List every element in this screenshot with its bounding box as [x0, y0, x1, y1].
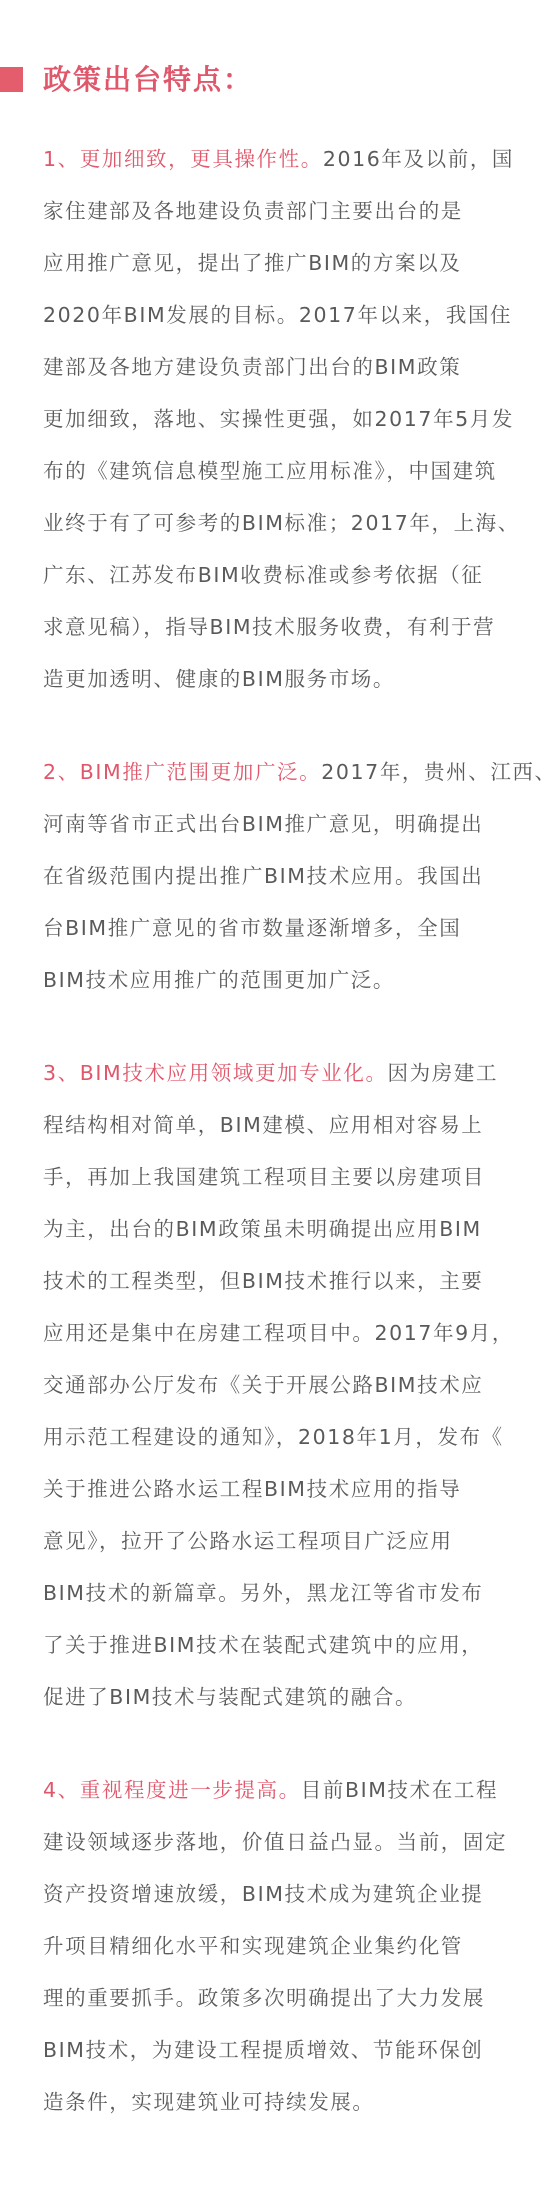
paragraph-3: 3、BIM技术应用领域更加专业化。因为房建工 程结构相对简单，BIM建模、应用相…	[43, 1047, 523, 1723]
paragraph-text: 因为房建工	[388, 1061, 499, 1085]
paragraph-line: 在省级范围内提出推广BIM技术应用。我国出	[43, 850, 523, 902]
paragraph-heading: 4、重视程度进一步提高。	[43, 1778, 301, 1802]
paragraph-line: 程结构相对简单，BIM建模、应用相对容易上	[43, 1099, 523, 1151]
paragraph-line: 为主，出台的BIM政策虽未明确提出应用BIM	[43, 1203, 523, 1255]
paragraph-line: 3、BIM技术应用领域更加专业化。因为房建工	[43, 1047, 523, 1099]
section-title-text: 政策出台特点：	[43, 62, 253, 98]
paragraph-line: 河南等省市正式出台BIM推广意见，明确提出	[43, 798, 523, 850]
paragraph-line: 1、更加细致，更具操作性。2016年及以前，国	[43, 133, 523, 185]
paragraph-line: 技术的工程类型，但BIM技术推行以来，主要	[43, 1255, 523, 1307]
paragraph-line: 广东、江苏发布BIM收费标准或参考依据（征	[43, 549, 523, 601]
paragraph-heading: 3、BIM技术应用领域更加专业化。	[43, 1061, 388, 1085]
paragraph-2: 2、BIM推广范围更加广泛。2017年，贵州、江西、 河南等省市正式出台BIM推…	[43, 746, 523, 1006]
paragraph-line: 交通部办公厅发布《关于开展公路BIM技术应	[43, 1359, 523, 1411]
paragraph-line: 理的重要抓手。政策多次明确提出了大力发展	[43, 1972, 523, 2024]
paragraph-line: 了关于推进BIM技术在装配式建筑中的应用，	[43, 1619, 523, 1671]
paragraph-line: 意见》，拉开了公路水运工程项目广泛应用	[43, 1515, 523, 1567]
paragraph-line: 业终于有了可参考的BIM标准；2017年，上海、	[43, 497, 523, 549]
paragraph-text: 2016年及以前，国	[323, 147, 514, 171]
paragraph-line: 用示范工程建设的通知》，2018年1月，发布《	[43, 1411, 523, 1463]
paragraph-text: 2017年，贵州、江西、	[321, 760, 550, 784]
square-bullet-icon	[0, 67, 23, 92]
paragraph-line: 建部及各地方建设负责部门出台的BIM政策	[43, 341, 523, 393]
paragraph-line: 4、重视程度进一步提高。目前BIM技术在工程	[43, 1764, 523, 1816]
paragraph-1: 1、更加细致，更具操作性。2016年及以前，国 家住建部及各地建设负责部门主要出…	[43, 133, 523, 705]
paragraph-line: 造更加透明、健康的BIM服务市场。	[43, 653, 523, 705]
article-body: 1、更加细致，更具操作性。2016年及以前，国 家住建部及各地建设负责部门主要出…	[43, 133, 523, 2169]
paragraph-line: 台BIM推广意见的省市数量逐渐增多，全国	[43, 902, 523, 954]
paragraph-line: 建设领域逐步落地，价值日益凸显。当前，固定	[43, 1816, 523, 1868]
paragraph-line: 应用还是集中在房建工程项目中。2017年9月，	[43, 1307, 523, 1359]
paragraph-line: 应用推广意见，提出了推广BIM的方案以及	[43, 237, 523, 289]
paragraph-line: 更加细致，落地、实操性更强，如2017年5月发	[43, 393, 523, 445]
section-title: 政策出台特点：	[0, 62, 550, 98]
paragraph-line: 升项目精细化水平和实现建筑企业集约化管	[43, 1920, 523, 1972]
paragraph-4: 4、重视程度进一步提高。目前BIM技术在工程 建设领域逐步落地，价值日益凸显。当…	[43, 1764, 523, 2128]
paragraph-text: 目前BIM技术在工程	[301, 1778, 498, 1802]
paragraph-line: 求意见稿），指导BIM技术服务收费，有利于营	[43, 601, 523, 653]
paragraph-line: 促进了BIM技术与装配式建筑的融合。	[43, 1671, 523, 1723]
paragraph-line: 布的《建筑信息模型施工应用标准》，中国建筑	[43, 445, 523, 497]
paragraph-line: BIM技术，为建设工程提质增效、节能环保创	[43, 2024, 523, 2076]
paragraph-line: 关于推进公路水运工程BIM技术应用的指导	[43, 1463, 523, 1515]
paragraph-line: 家住建部及各地建设负责部门主要出台的是	[43, 185, 523, 237]
paragraph-heading: 1、更加细致，更具操作性。	[43, 147, 323, 171]
paragraph-line: 2、BIM推广范围更加广泛。2017年，贵州、江西、	[43, 746, 523, 798]
paragraph-line: BIM技术的新篇章。另外，黑龙江等省市发布	[43, 1567, 523, 1619]
paragraph-heading: 2、BIM推广范围更加广泛。	[43, 760, 321, 784]
paragraph-line: 2020年BIM发展的目标。2017年以来，我国住	[43, 289, 523, 341]
paragraph-line: BIM技术应用推广的范围更加广泛。	[43, 954, 523, 1006]
paragraph-line: 手，再加上我国建筑工程项目主要以房建项目	[43, 1151, 523, 1203]
paragraph-line: 造条件，实现建筑业可持续发展。	[43, 2076, 523, 2128]
paragraph-line: 资产投资增速放缓，BIM技术成为建筑企业提	[43, 1868, 523, 1920]
